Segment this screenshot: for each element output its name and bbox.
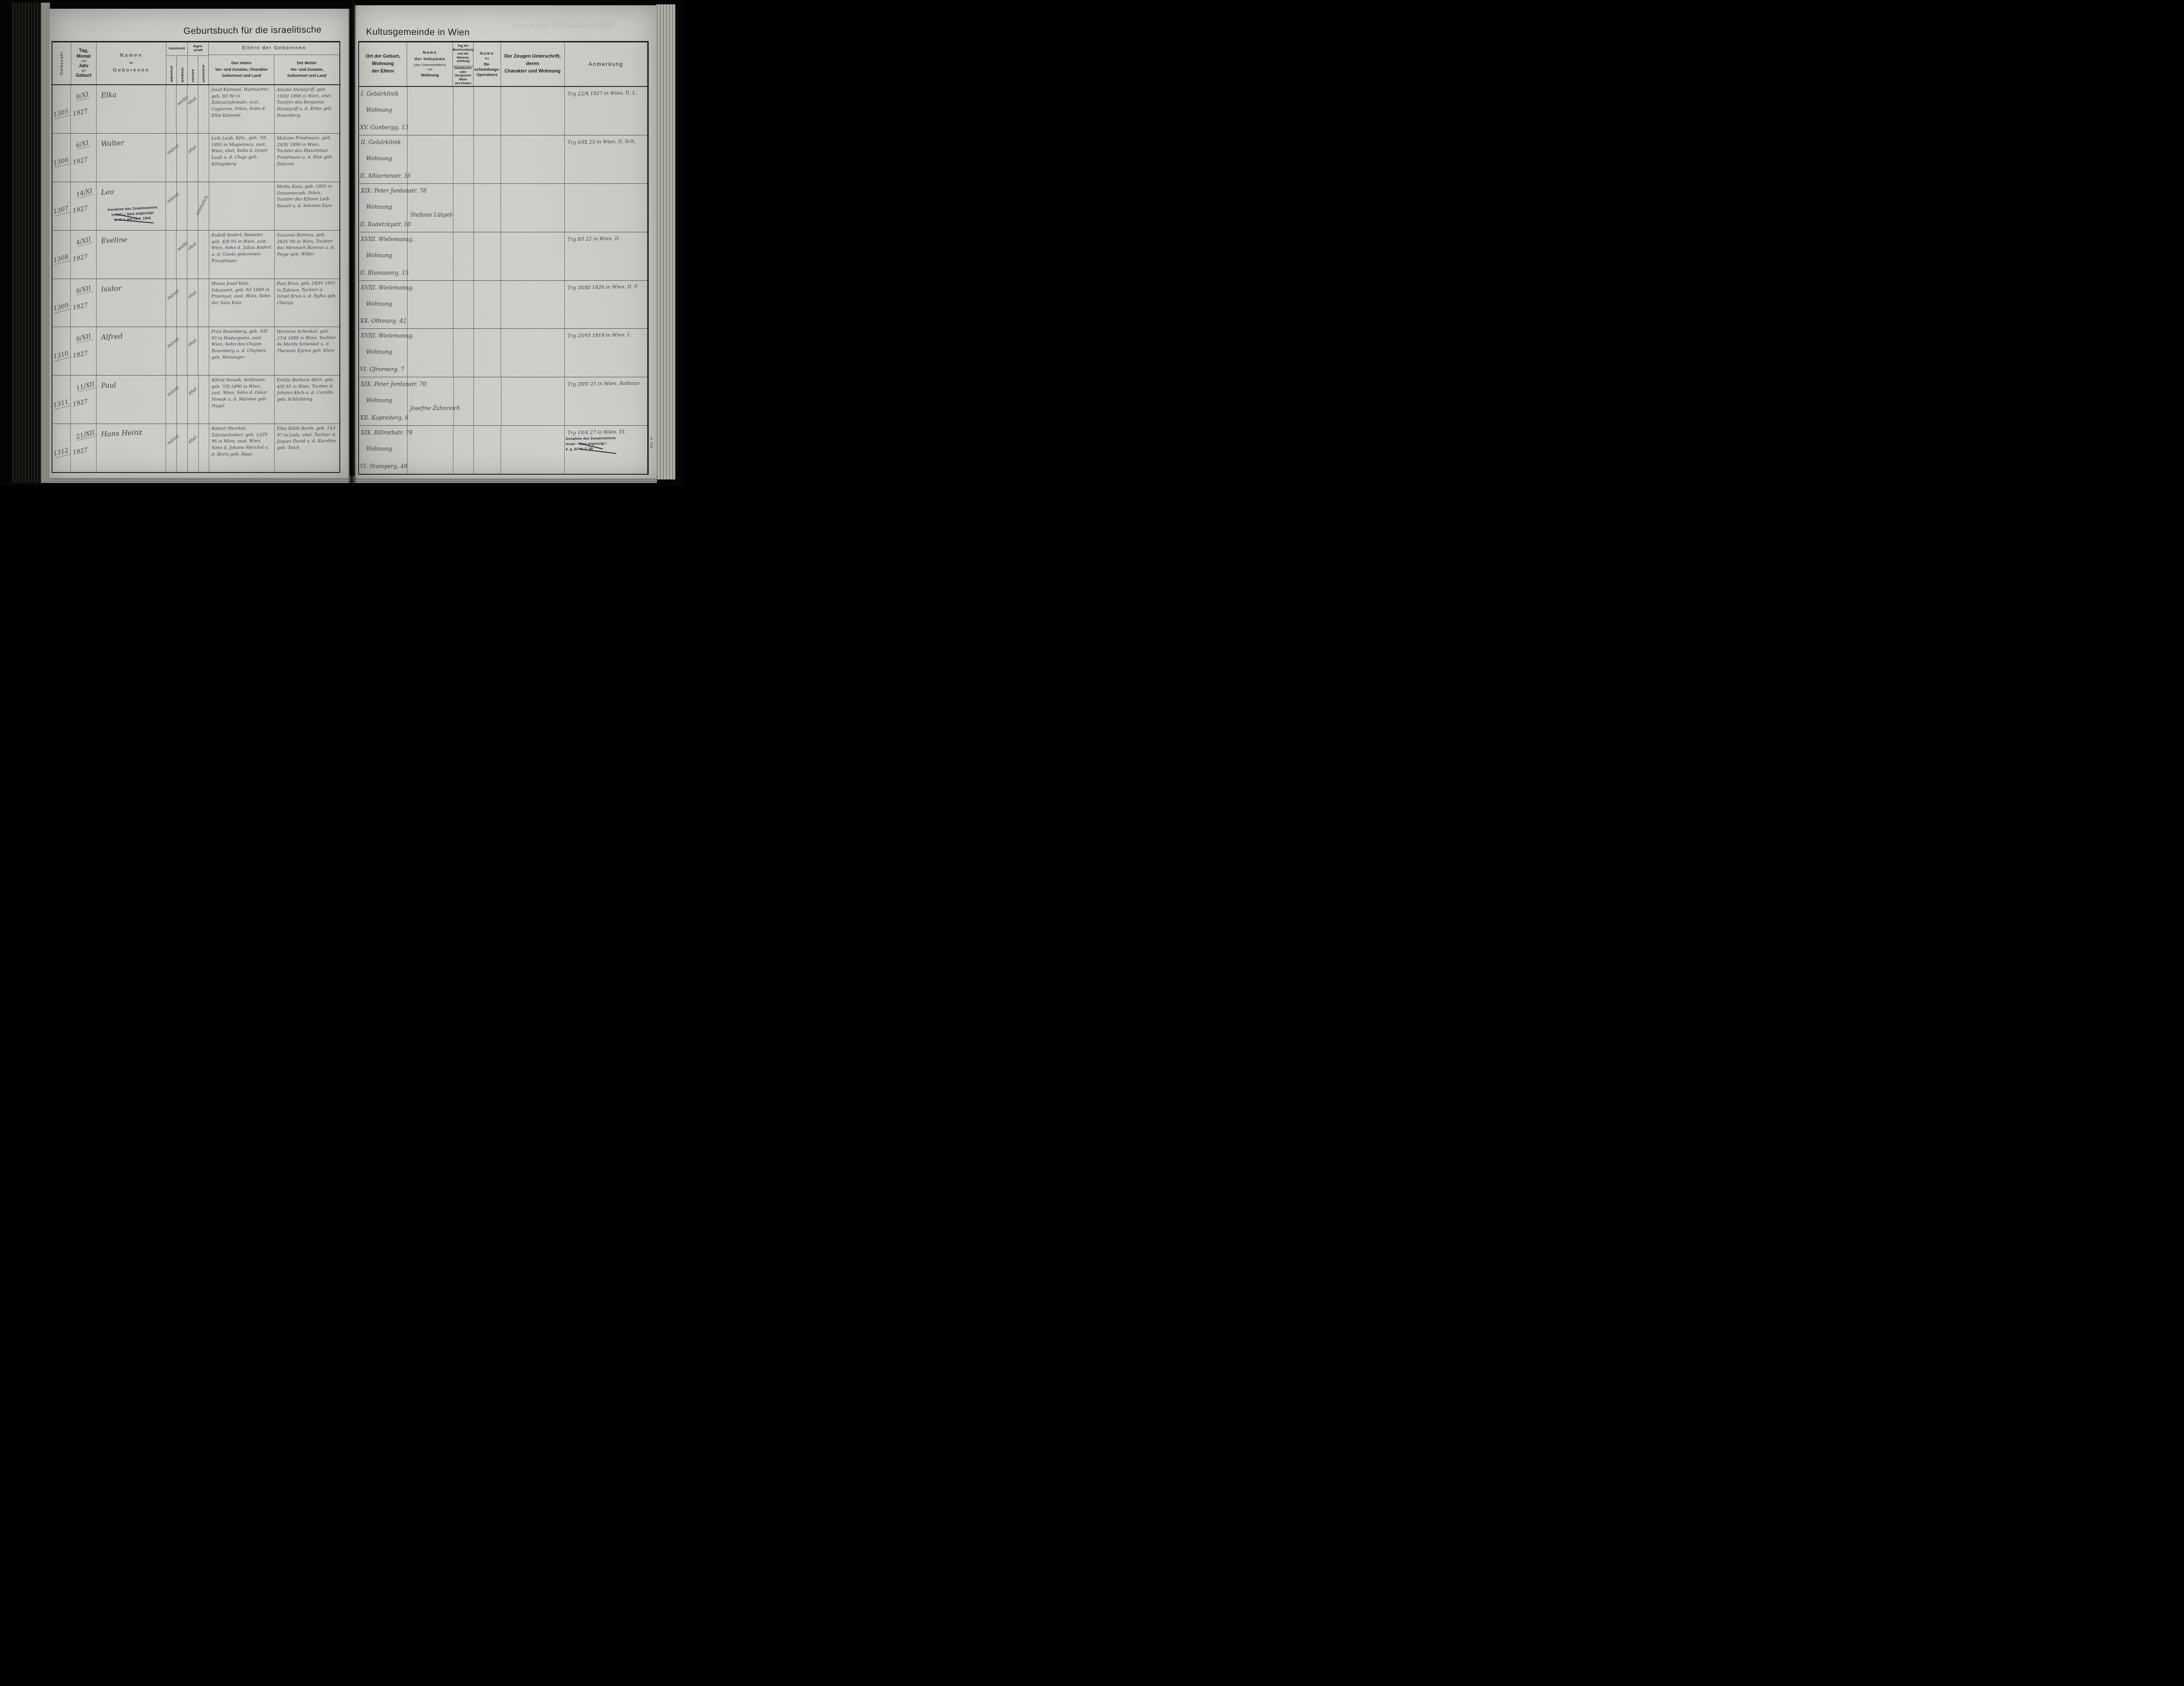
birthplace-line: XIX. Billrothstr. 78 — [361, 429, 407, 436]
book-gutter — [348, 0, 356, 486]
father-cell: Robert Merckel, Zahntechniker, geb. 12/I… — [209, 424, 275, 472]
illegitimate-cell — [198, 279, 209, 327]
father-details: Moses Josef Katz, Inkassant, geb. 9/I 18… — [209, 279, 275, 307]
birthplace-lines: XIX. Billrothstr. 78WohnungVI. Stumperg.… — [359, 426, 407, 474]
header-reihezahl: Reihezahl — [52, 42, 71, 84]
illegitimate-cell — [199, 424, 210, 472]
midwife-cell: Stefanie Lütgeb — [408, 184, 453, 232]
legitimacy-value: ehel. — [187, 434, 199, 445]
child-name: Paul — [101, 378, 166, 390]
birth-day-month: 6/XII — [71, 279, 96, 293]
right-table-body: I. GebärklinikWohnungXV. Gunbergg. 13Trg… — [359, 87, 647, 474]
header-reihezahl-label: Reihezahl — [59, 52, 64, 75]
bleedthrough-text: Geburtsbuch für die israel — [513, 20, 613, 32]
birth-year-value: 1927 — [72, 204, 89, 214]
birth-day-month: 6/XI — [71, 134, 96, 148]
child-name: Leo — [100, 185, 166, 197]
circumcision-date-cell — [453, 281, 474, 329]
header-line: des Kindes — [455, 82, 471, 86]
header-line: Namens- — [456, 56, 470, 60]
remark-text: Trg 28/V 25 in Wien, Rathaus — [567, 380, 647, 387]
header-weiblich-label: weiblich — [180, 67, 184, 82]
illegitimate-cell — [198, 231, 209, 279]
remark-cell: Trg 28/V 25 in Wien, Rathaus — [565, 377, 647, 425]
legitimate-cell: ehel. — [187, 85, 198, 133]
father-cell: Leib Laub, Kfm., geb. 7/6 1893 in Mogiel… — [209, 134, 275, 182]
birthplace-line: Wohnung — [366, 107, 407, 113]
father-cell: Alfred Nowak, Schlosser, geb. 7/II 1890 … — [209, 376, 275, 424]
father-details: Leib Laub, Kfm., geb. 7/6 1893 in Mogiel… — [209, 133, 275, 168]
sex-male-cell: männl. — [166, 182, 177, 230]
birth-day-month: 14/XI — [71, 182, 96, 197]
right-table-header: Ort der Geburt, Wohnung der Eltern Name … — [359, 42, 647, 87]
birthplace-cell: XVIII. Wielemansg.WohnungXX. Othmarg. 42 — [359, 281, 408, 329]
circumcision-date-cell — [453, 135, 474, 183]
birthplace-lines: XIX. Peter Jordanstr. 70WohnungXII. Kapr… — [359, 377, 407, 425]
table-row: 130714/XI1927LeoAnnahme des Zusatznamens… — [52, 182, 339, 231]
birthplace-lines: XVIII. Wielemansg.WohnungXX. Othmarg. 42 — [359, 281, 407, 329]
sex-female-cell — [177, 376, 188, 424]
birthplace-line: II. Radetzkystr. 10 — [360, 221, 407, 228]
operator-cell — [474, 377, 501, 425]
birthplace-line: XV. Gunbergg. 13 — [360, 124, 407, 131]
birth-year-value: 1927 — [72, 107, 89, 117]
header-line: schneidungs- — [474, 67, 500, 72]
remark-text: Trg 30/XI 1926 in Wien, II. P. — [567, 283, 647, 290]
circumcision-date-cell — [453, 232, 474, 280]
mother-details: Etka Edith Barth, geb. 14/I 97 in Lodz, … — [275, 424, 339, 452]
birthplace-line: XIX. Peter Jordanstr. 70 — [361, 381, 407, 387]
birthplace-line: XVIII. Wielemansg. — [361, 332, 407, 339]
header-line: Tag der — [458, 45, 469, 48]
circumcision-date-cell — [453, 87, 474, 135]
father-details: Alfred Nowak, Schlosser, geb. 7/II 1890 … — [209, 376, 274, 410]
operator-cell — [474, 281, 501, 329]
birth-year: 1927 — [71, 100, 96, 117]
header-maennlich-label: männlich — [169, 66, 173, 82]
sex-female-cell: weibl. — [176, 231, 187, 279]
header-line: Monat — [76, 54, 90, 60]
midwife-cell — [408, 426, 453, 474]
birthdate-cell: 21/XII1927 — [71, 424, 97, 472]
father-cell: Fritz Rosenberg, geb. 5/II 93 in Hodorgn… — [209, 327, 275, 375]
left-register-table: Reihezahl Tag, Monat und Jahr der Geburt… — [52, 41, 340, 473]
margin-mark: 451 G — [650, 437, 653, 448]
header-line: Ort der Geburt, — [366, 54, 400, 60]
father-details: Rudolf Anderl, Beamter, geb. 4/II 93 in … — [209, 230, 275, 265]
birth-year-value: 1927 — [72, 253, 89, 263]
header-line: Geborenen — [113, 68, 150, 74]
birthplace-line: Wohnung — [366, 203, 407, 210]
sex-female-cell — [177, 327, 188, 375]
circumcision-date-cell — [453, 184, 474, 232]
legitimacy-value: ehel. — [187, 241, 198, 251]
illegitimate-cell: unehelich — [198, 182, 209, 230]
father-details: Robert Merckel, Zahntechniker, geb. 12/I… — [209, 424, 274, 458]
child-name-cell: Elka — [97, 85, 166, 133]
remark-cell: Trg 6/IX 25 in Wien, II. Sch. — [565, 135, 647, 183]
birth-day-month: 9/XI — [71, 85, 96, 100]
child-name: Eveline — [100, 233, 166, 245]
header-line: Operateurs — [477, 72, 498, 78]
mother-cell: Etka Edith Barth, geb. 14/I 97 in Lodz, … — [275, 424, 339, 472]
legitimate-cell: ehel. — [188, 424, 199, 472]
birth-year-value: 1927 — [72, 301, 89, 311]
sex-male-cell: männl. — [166, 134, 177, 182]
birthdate-cell: 11/XII1927 — [71, 376, 97, 424]
header-line: Geburtsort und Land — [287, 73, 327, 79]
right-page-title: Kultusgemeinde in Wien — [366, 27, 470, 38]
child-name: Alfred — [100, 330, 166, 342]
header-line: und — [428, 68, 432, 72]
midwife-cell — [408, 232, 453, 280]
birthplace-line: XX. Othmarg. 42 — [360, 317, 407, 324]
header-line: des — [485, 57, 489, 61]
table-row: 13059/XI1927Elkaweibl.ehel.Josef Kümmel,… — [52, 85, 339, 134]
father-cell — [209, 182, 275, 230]
operator-cell — [474, 184, 501, 232]
header-line: Vor- und Zuname, — [290, 67, 324, 72]
header-child-name: Namen der Geborenen — [97, 42, 166, 84]
father-cell: Moses Josef Katz, Inkassant, geb. 9/I 18… — [209, 279, 275, 327]
child-name-cell: Eveline — [97, 231, 166, 279]
table-row: 13066/XI1927Waltermännl.ehel.Leib Laub, … — [52, 134, 339, 182]
illegitimate-cell — [198, 327, 209, 375]
header-geschlecht: Geschlecht männlich weiblich — [166, 42, 188, 84]
birthplace-lines: XVIII. Wielemansg.WohnungVI. Gfrornerg. … — [359, 329, 407, 377]
header-line: Be- — [484, 62, 491, 67]
operator-cell — [474, 87, 501, 135]
witnesses-cell — [501, 377, 565, 425]
header-line: der — [82, 69, 86, 73]
midwife-name: Stefanie Lütgeb — [410, 212, 453, 218]
witnesses-cell — [501, 184, 565, 232]
sex-female-cell — [177, 182, 188, 230]
remark-text: Trg 8/I 22 in Wien, II. — [567, 235, 647, 242]
header-hebamme: Name der Hebamme (des Geburtshelfers) un… — [407, 42, 453, 86]
mother-details: Malvine Friedmann, geb. 24/XI 1898 in Wi… — [275, 133, 340, 168]
header-line: Geburtsort und Land — [222, 73, 261, 79]
header-line: Wohnung — [421, 73, 439, 78]
remark-text: Trg 6/IX 25 in Wien, II. Sch. — [567, 138, 647, 145]
birthplace-lines: XIX. Peter Jordanstr. 78WohnungII. Radet… — [359, 184, 407, 232]
header-operateur: Name des Be- schneidungs- Operateurs — [473, 42, 501, 86]
birth-year-value: 1927 — [72, 447, 89, 457]
remark-text: Trg 22/X 1927 in Wien, II. L. — [567, 90, 647, 97]
midwife-cell — [408, 135, 453, 183]
header-beschneidung: Tag der Beschneidung und der Namens- ert… — [453, 42, 473, 86]
operator-cell — [474, 426, 501, 474]
remark-text: Trg 10/4 27 in Wien, VI. — [567, 429, 647, 436]
birthplace-line: XIX. Peter Jordanstr. 78 — [361, 187, 407, 194]
birth-year-value: 1927 — [72, 350, 89, 360]
header-eltern-label: Eltern der Geborenen — [242, 45, 306, 51]
row-number: 1311 — [52, 398, 71, 410]
witnesses-cell — [501, 329, 565, 377]
operator-cell — [474, 232, 501, 280]
mother-cell: Metka Kass, geb. 1885 in Ostzameczek, Po… — [275, 182, 339, 230]
child-name-cell: Walter — [97, 134, 166, 182]
sex-male-cell: männl. — [166, 376, 177, 424]
birthplace-line: Wohnung — [366, 445, 407, 452]
mother-details: Fani Brun, geb. 24/IV 1891 in Zalosce, T… — [275, 279, 340, 307]
birthplace-line: XII. Kapreiterg. 6 — [360, 414, 407, 421]
birth-year: 1927 — [71, 390, 96, 407]
birthplace-line: II. Alliiertenstr. 16 — [360, 172, 407, 179]
left-table-header: Reihezahl Tag, Monat und Jahr der Geburt… — [52, 42, 339, 85]
table-row: 13084/XII1927Evelineweibl.ehel.Rudolf An… — [52, 231, 339, 279]
remark-cell — [565, 184, 647, 232]
row-number-cell: 1310 — [52, 327, 71, 375]
header-anmerkung: Anmerkung — [565, 42, 647, 86]
birthplace-line: II. Gebärklinik — [361, 139, 407, 145]
table-row: XIX. Peter Jordanstr. 78WohnungII. Radet… — [359, 184, 647, 232]
header-birthdate: Tag, Monat und Jahr der Geburt — [71, 42, 97, 84]
row-number-cell: 1312 — [52, 424, 71, 472]
header-line: Hebräischer — [454, 67, 472, 71]
row-number-cell: 1305 — [52, 85, 71, 133]
birthplace-cell: XIX. Peter Jordanstr. 70WohnungXII. Kapr… — [359, 377, 408, 425]
sex-female-cell — [177, 424, 188, 472]
birthplace-cell: II. GebärklinikWohnungII. Alliiertenstr.… — [359, 135, 408, 183]
legitimacy-value: ehel. — [187, 386, 199, 397]
header-geschlecht-label: Geschlecht — [169, 47, 185, 51]
book-right-page-stack — [656, 4, 675, 479]
row-number-cell: 1309 — [52, 279, 71, 327]
row-number-cell: 1307 — [52, 182, 71, 230]
birthplace-line: VI. Gfrornerg. 7 — [360, 366, 407, 372]
birth-year: 1927 — [71, 438, 96, 455]
birthplace-line: XVIII. Wielemansg. — [361, 284, 407, 291]
header-eigenschaft: Eigen- schaft ehelich unehelich — [188, 42, 209, 84]
header-line: liturgischer — [455, 74, 471, 78]
header-eltern: Eltern der Geborenen Des Vaters Vor- und… — [209, 42, 339, 84]
mother-cell: Emilie Barbara Alich, geb. 4/II 95 in Wi… — [275, 376, 339, 424]
header-line: der Eltern — [372, 69, 394, 75]
table-row: 131221/XII1927Hans Heinzmännl.ehel.Rober… — [52, 424, 339, 472]
header-zeugen: Der Zeugen Unterschrift, deren Charakter… — [501, 42, 565, 86]
header-line: Der Zeugen Unterschrift, — [505, 54, 561, 60]
birthplace-line: Wohnung — [366, 300, 407, 307]
remark-cell: Trg 8/I 22 in Wien, II. — [565, 232, 647, 280]
child-name: Hans Heinz — [101, 427, 166, 438]
header-line: Eigen- — [194, 45, 203, 49]
birthplace-line: I. Gebärklinik — [361, 90, 407, 97]
row-number: 1307 — [52, 204, 71, 216]
legitimate-cell: ehel. — [187, 279, 198, 327]
witnesses-cell — [501, 426, 565, 474]
mother-details: Emilie Barbara Alich, geb. 4/II 95 in Wi… — [275, 376, 339, 403]
child-name: Isidor — [100, 282, 166, 293]
birth-day-month: 21/XII — [71, 424, 96, 438]
midwife-cell — [408, 281, 453, 329]
remark-cell: Trg 22/X 1927 in Wien, II. L. — [565, 87, 647, 135]
left-page-title: Geburtsbuch für die israelitische — [183, 24, 322, 36]
header-line: Charakter und Wohnung — [505, 69, 560, 75]
birth-day-month: 11/XII — [71, 376, 96, 390]
table-row: II. GebärklinikWohnungII. Alliiertenstr.… — [359, 135, 647, 184]
name-addition-stamp: Annahme des ZusatznamensIsrael — Sara an… — [102, 204, 163, 223]
row-number: 1310 — [52, 350, 71, 362]
header-line: Vor- und Zuname, Charakter — [215, 67, 268, 72]
child-name-cell: LeoAnnahme des ZusatznamensIsrael — Sara… — [97, 182, 166, 230]
left-table-body: 13059/XI1927Elkaweibl.ehel.Josef Kümmel,… — [52, 85, 339, 472]
father-cell: Josef Kümmel, Hutmacher, geb. 9/I 90 in … — [209, 85, 275, 133]
table-row: 13106/XII1927Alfredmännl.ehel.Fritz Rose… — [52, 327, 339, 376]
table-row: XVIII. Wielemansg.WohnungXX. Othmarg. 42… — [359, 281, 647, 329]
birthdate-cell: 14/XI1927 — [71, 182, 96, 230]
header-line: schaft — [194, 49, 203, 53]
sex-male-cell — [166, 231, 177, 279]
legitimate-cell: ehel. — [187, 231, 198, 279]
header-line: Name — [423, 50, 437, 55]
remark-cell: Trg 10/4 27 in Wien, VI.Annahme des Zusa… — [565, 426, 647, 474]
table-row: XVIII. Wielemansg.WohnungVI. Gfrornerg. … — [359, 329, 647, 377]
birth-year: 1927 — [71, 341, 96, 359]
header-line: Der Mutter — [297, 61, 317, 66]
row-number: 1305 — [52, 108, 71, 120]
witnesses-cell — [501, 135, 565, 183]
mother-cell: Susanna Ramras, geb. 26/IV 98 in Wien, T… — [275, 231, 339, 279]
birthdate-cell: 4/XII1927 — [71, 231, 96, 279]
header-line: Jahr — [79, 63, 89, 69]
birthplace-line: Wohnung — [366, 397, 407, 403]
circumcision-date-cell — [453, 426, 474, 474]
header-line: der — [129, 62, 133, 65]
header-anmerkung-label: Anmerkung — [589, 61, 623, 67]
legitimacy-value: ehel. — [187, 96, 198, 106]
legitimate-cell: ehel. — [187, 327, 198, 375]
operator-cell — [474, 135, 501, 183]
mother-cell: Fani Brun, geb. 24/IV 1891 in Zalosce, T… — [275, 279, 339, 327]
header-line: Wohnung — [372, 61, 394, 67]
header-line: Name — [480, 51, 494, 56]
birthplace-cell: XIX. Peter Jordanstr. 78WohnungII. Radet… — [359, 184, 408, 232]
header-ehelich-label: ehelich — [191, 69, 195, 82]
birthplace-lines: II. GebärklinikWohnungII. Alliiertenstr.… — [359, 135, 407, 183]
header-line: und — [81, 60, 86, 63]
birthplace-cell: XIX. Billrothstr. 78WohnungVI. Stumperg.… — [359, 426, 408, 474]
birthplace-line: Wohnung — [366, 252, 407, 259]
operator-cell — [474, 329, 501, 377]
illegitimate-cell — [198, 85, 209, 133]
right-register-table: Ort der Geburt, Wohnung der Eltern Name … — [358, 41, 649, 475]
header-line: (des Geburtshelfers) — [414, 63, 446, 67]
sex-male-cell: männl. — [166, 424, 177, 472]
table-row: I. GebärklinikWohnungXV. Gunbergg. 13Trg… — [359, 87, 647, 135]
header-line: Beschneidung — [453, 48, 473, 52]
witnesses-cell — [501, 87, 565, 135]
header-line: und der — [457, 52, 469, 56]
mother-details: Susanna Ramras, geb. 26/IV 98 in Wien, T… — [275, 230, 340, 258]
legitimacy-value: ehel. — [187, 289, 198, 300]
mother-details: Metka Kass, geb. 1885 in Ostzameczek, Po… — [275, 182, 340, 210]
circumcision-date-cell — [453, 329, 474, 377]
circumcision-date-cell — [454, 377, 474, 425]
mother-details: Hermine Schenkel, geb. 27/4 1888 in Wien… — [275, 327, 340, 355]
row-number-cell: 1311 — [52, 376, 71, 424]
child-name: Walter — [100, 136, 166, 148]
header-line: deren — [526, 61, 539, 67]
remark-cell: Trg 25/VI 1919 in Wien, I. — [565, 329, 647, 377]
birth-day-month: 6/XII — [71, 327, 96, 341]
birth-year: 1927 — [71, 293, 96, 310]
remark-text: Trg 25/VI 1919 in Wien, I. — [567, 332, 647, 339]
child-name-cell: Hans Heinz — [97, 424, 166, 472]
birth-year-value: 1927 — [72, 398, 89, 408]
birthdate-cell: 9/XI1927 — [71, 85, 96, 133]
birthplace-lines: XVIII. Wielemansg.WohnungII. Blumauerg. … — [359, 232, 407, 280]
sex-female-cell — [177, 279, 188, 327]
birthplace-line: Wohnung — [366, 348, 407, 355]
birthplace-cell: I. GebärklinikWohnungXV. Gunbergg. 13 — [359, 87, 408, 135]
remark-cell: Trg 30/XI 1926 in Wien, II. P. — [565, 281, 647, 329]
header-line: Des Vaters — [232, 61, 252, 66]
sex-male-cell: männl. — [166, 279, 177, 327]
birthplace-lines: I. GebärklinikWohnungXV. Gunbergg. 13 — [359, 87, 407, 135]
header-line: Geburt — [76, 73, 91, 79]
midwife-cell: Josefine Zahnreich — [408, 377, 454, 425]
legitimate-cell — [187, 182, 198, 230]
remark-stamp: Annahme des ZusatznamensIsrael - Sara an… — [565, 435, 640, 452]
birth-year-value: 1927 — [72, 156, 89, 166]
legitimate-cell: ehel. — [187, 134, 198, 182]
birthdate-cell: 6/XII1927 — [71, 279, 96, 327]
birthplace-cell: XVIII. Wielemansg.WohnungII. Blumauerg. … — [359, 232, 408, 280]
mother-details: Amalie Handgriff, geb. 19/III 1898 in Wi… — [275, 85, 340, 119]
header-line: der Hebamme — [415, 57, 446, 62]
sex-male-cell: männl. — [166, 327, 177, 375]
table-row: XVIII. Wielemansg.WohnungII. Blumauerg. … — [359, 232, 647, 281]
table-row: XIX. Peter Jordanstr. 70WohnungXII. Kapr… — [359, 377, 647, 426]
legitimate-cell: ehel. — [188, 376, 199, 424]
sex-male-cell — [166, 85, 177, 133]
header-line: Tag, — [79, 48, 89, 54]
header-line: Name — [459, 78, 467, 82]
birth-year: 1927 — [71, 148, 96, 165]
birthplace-cell: XVIII. Wielemansg.WohnungVI. Gfrornerg. … — [359, 329, 408, 377]
birth-day-month: 4/XII — [71, 231, 96, 245]
father-details: Fritz Rosenberg, geb. 5/II 93 in Hodorgn… — [209, 327, 275, 362]
child-name-cell: Alfred — [97, 327, 166, 375]
birthplace-line: II. Blumauerg. 15 — [360, 269, 407, 276]
midwife-name: Josefine Zahnreich — [410, 405, 453, 411]
mother-cell: Hermine Schenkel, geb. 27/4 1888 in Wien… — [275, 327, 339, 375]
row-number: 1306 — [52, 156, 71, 168]
legitimacy-value: ehel. — [187, 144, 198, 154]
birthdate-cell: 6/XI1927 — [71, 134, 96, 182]
row-number: 1309 — [52, 301, 71, 313]
header-line: erteilung — [456, 60, 470, 64]
birth-year: 1927 — [71, 245, 96, 262]
witnesses-cell — [501, 281, 565, 329]
row-number-cell: 1308 — [52, 231, 71, 279]
scanned-register-photo: Geburtsbuch für die israelitische Kultus… — [0, 0, 685, 486]
birthplace-line: Wohnung — [366, 155, 407, 162]
mother-cell: Amalie Handgriff, geb. 19/III 1898 in Wi… — [275, 85, 339, 133]
table-row: XIX. Billrothstr. 78WohnungVI. Stumperg.… — [359, 426, 647, 474]
book-left-page-stack — [11, 3, 51, 483]
father-details: Josef Kümmel, Hutmacher, geb. 9/I 90 in … — [209, 85, 275, 119]
sex-female-cell — [177, 134, 188, 182]
birthdate-cell: 6/XII1927 — [71, 327, 96, 375]
child-name: Elka — [100, 88, 166, 100]
midwife-cell — [408, 329, 453, 377]
birth-year: 1927 — [71, 197, 96, 214]
father-cell: Rudolf Anderl, Beamter, geb. 4/II 93 in … — [209, 231, 275, 279]
header-line: Namen — [120, 53, 143, 59]
midwife-cell — [408, 87, 453, 135]
